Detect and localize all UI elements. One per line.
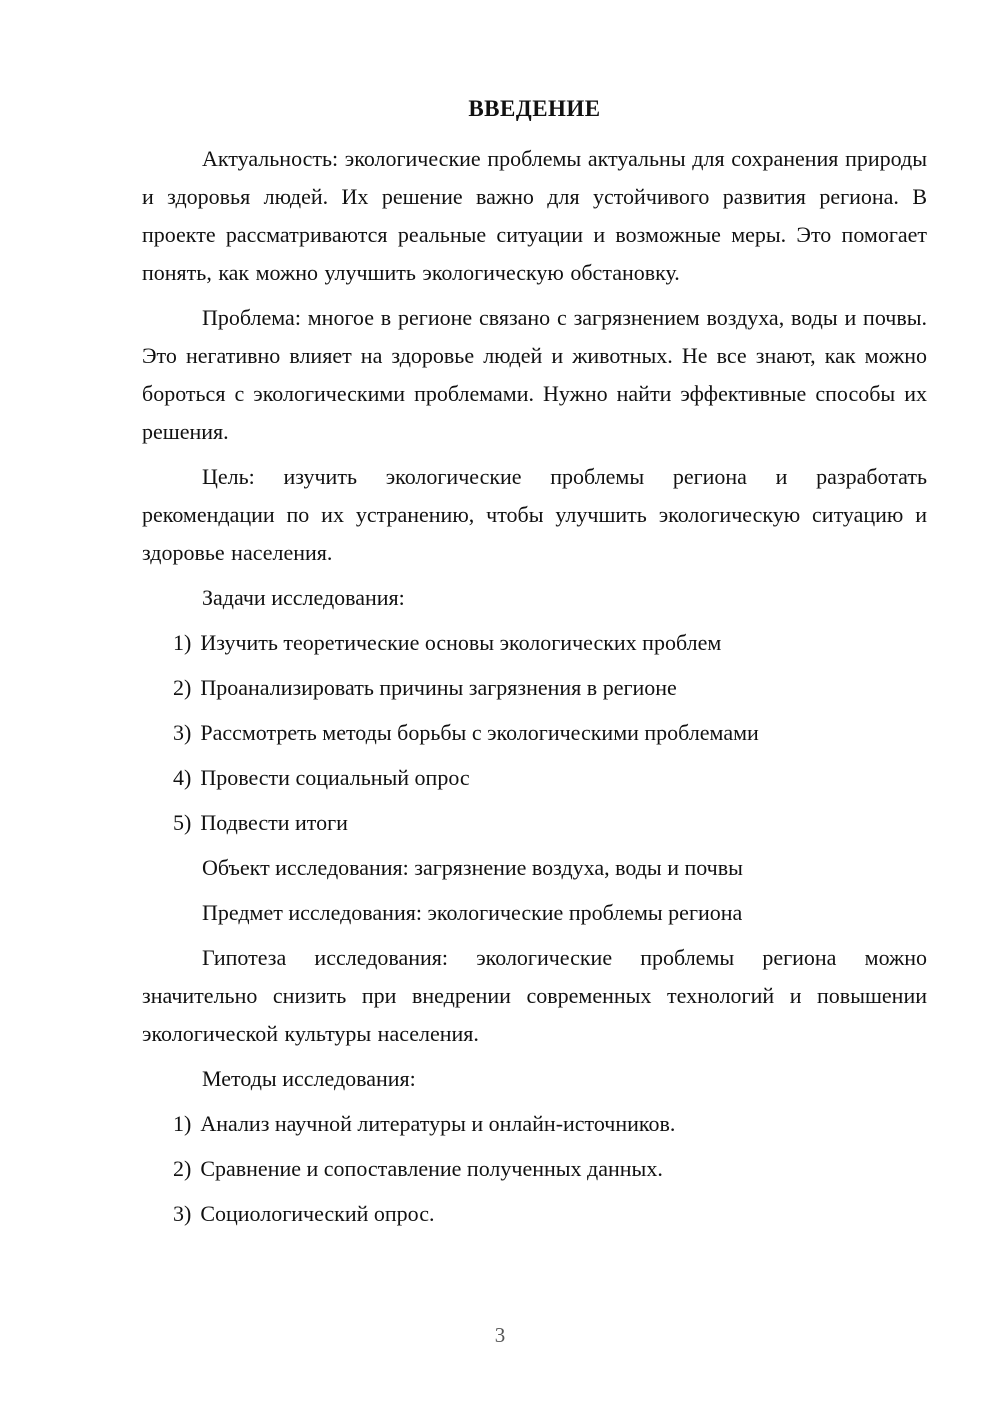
document-page: ВВЕДЕНИЕ Актуальность: экологические про… xyxy=(0,0,1000,1414)
methods-section-label: Методы исследования: xyxy=(142,1060,927,1098)
method-list-item: 3)Социологический опрос. xyxy=(142,1195,927,1233)
list-item-text: Изучить теоретические основы экологическ… xyxy=(200,630,721,655)
list-item-text: Сравнение и сопоставление полученных дан… xyxy=(200,1156,663,1181)
paragraph-hypothesis: Гипотеза исследования: экологические про… xyxy=(142,939,927,1053)
task-list-item: 1)Изучить теоретические основы экологиче… xyxy=(142,624,927,662)
page-title: ВВЕДЕНИЕ xyxy=(142,90,927,128)
list-item-text: Проанализировать причины загрязнения в р… xyxy=(200,675,676,700)
list-item-marker: 2) xyxy=(173,675,191,700)
paragraph-goal: Цель: изучить экологические проблемы рег… xyxy=(142,458,927,572)
list-item-text: Провести социальный опрос xyxy=(200,765,469,790)
task-list-item: 2)Проанализировать причины загрязнения в… xyxy=(142,669,927,707)
paragraph-subject: Предмет исследования: экологические проб… xyxy=(142,894,927,932)
method-list-item: 2)Сравнение и сопоставление полученных д… xyxy=(142,1150,927,1188)
list-item-marker: 4) xyxy=(173,765,191,790)
method-list-item: 1)Анализ научной литературы и онлайн-ист… xyxy=(142,1105,927,1143)
tasks-section-label: Задачи исследования: xyxy=(142,579,927,617)
list-item-marker: 1) xyxy=(173,1111,191,1136)
list-item-marker: 5) xyxy=(173,810,191,835)
task-list-item: 5)Подвести итоги xyxy=(142,804,927,842)
list-item-marker: 3) xyxy=(173,1201,191,1226)
task-list-item: 4)Провести социальный опрос xyxy=(142,759,927,797)
document-body: ВВЕДЕНИЕ Актуальность: экологические про… xyxy=(142,90,927,1240)
list-item-marker: 3) xyxy=(173,720,191,745)
list-item-marker: 1) xyxy=(173,630,191,655)
paragraph-relevance: Актуальность: экологические проблемы акт… xyxy=(142,140,927,292)
list-item-marker: 2) xyxy=(173,1156,191,1181)
list-item-text: Социологический опрос. xyxy=(200,1201,434,1226)
paragraph-object: Объект исследования: загрязнение воздуха… xyxy=(142,849,927,887)
paragraph-problem: Проблема: многое в регионе связано с заг… xyxy=(142,299,927,451)
page-number: 3 xyxy=(0,1320,1000,1350)
list-item-text: Рассмотреть методы борьбы с экологически… xyxy=(200,720,758,745)
list-item-text: Подвести итоги xyxy=(200,810,348,835)
list-item-text: Анализ научной литературы и онлайн-источ… xyxy=(200,1111,675,1136)
task-list-item: 3)Рассмотреть методы борьбы с экологичес… xyxy=(142,714,927,752)
